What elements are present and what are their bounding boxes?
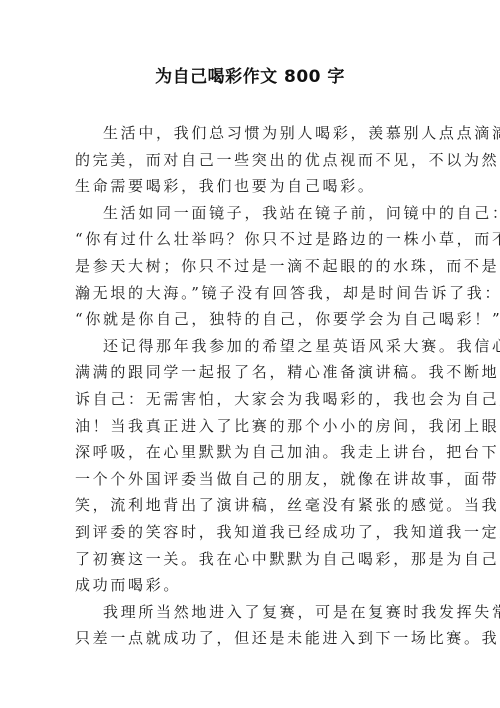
body-line: 笑，流利地背出了演讲稿，丝毫没有紧张的感觉。当我看 (75, 492, 417, 519)
body-line: 一个个外国评委当做自己的朋友，就像在讲故事，面带微 (75, 466, 417, 493)
body-line: 诉自己：无需害怕，大家会为我喝彩的，我也会为自己加 (75, 386, 417, 413)
body-line: 还记得那年我参加的希望之星英语风采大赛。我信心 (75, 333, 417, 360)
body-line: 到评委的笑容时，我知道我已经成功了，我知道我一定过 (75, 519, 417, 546)
body-line: 生活如同一面镜子，我站在镜子前，问镜中的自己： (75, 200, 417, 227)
body-line: 的完美，而对自己一些突出的优点视而不见，不以为然。 (75, 147, 417, 174)
body-line: 瀚无垠的大海。”镜子没有回答我，却是时间告诉了我： (75, 280, 417, 307)
body-line: 生命需要喝彩，我们也要为自己喝彩。 (75, 173, 417, 200)
document-page: 为自己喝彩作文 800 字 生活中，我们总习惯为别人喝彩，羡慕别人点点滴滴 的完… (0, 0, 500, 708)
body-line: 满满的跟同学一起报了名，精心准备演讲稿。我不断地告 (75, 359, 417, 386)
body-line: “你就是你自己，独特的自己，你要学会为自己喝彩！” (75, 306, 417, 333)
body-line: 深呼吸，在心里默默为自己加油。我走上讲台，把台下的 (75, 439, 417, 466)
body-line: 生活中，我们总习惯为别人喝彩，羡慕别人点点滴滴 (75, 120, 417, 147)
body-line: 了初赛这一关。我在心中默默为自己喝彩，那是为自己的 (75, 546, 417, 573)
body-line: 只差一点就成功了，但还是未能进入到下一场比赛。我眼 (75, 625, 417, 652)
body-line: 是参天大树；你只不过是一滴不起眼的的水珠，而不是浩 (75, 253, 417, 280)
document-title: 为自己喝彩作文 800 字 (0, 62, 500, 87)
body-line: 油！当我真正进入了比赛的那个小小的房间，我闭上眼睛， (75, 413, 417, 440)
body-line: 成功而喝彩。 (75, 572, 417, 599)
document-body: 生活中，我们总习惯为别人喝彩，羡慕别人点点滴滴 的完美，而对自己一些突出的优点视… (75, 120, 417, 652)
body-line: “你有过什么壮举吗？你只不过是路边的一株小草，而不 (75, 226, 417, 253)
body-line: 我理所当然地进入了复赛，可是在复赛时我发挥失常， (75, 599, 417, 626)
